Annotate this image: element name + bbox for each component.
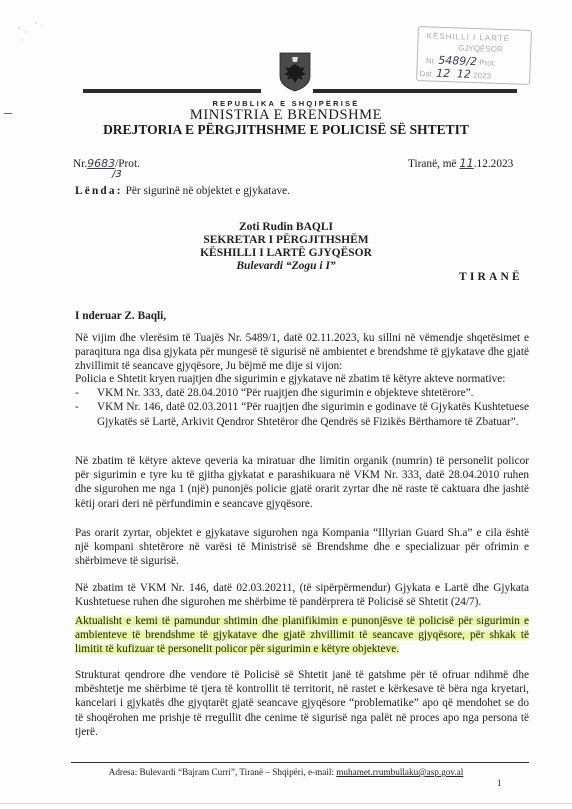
footer-email-link[interactable]: muhamet.rrumbullaku@asp.gov.al — [336, 767, 463, 777]
document-page: REPUBLIKA E SHQIPËRISË MINISTRIA E BREND… — [0, 0, 572, 809]
list-item: VKM Nr. 146, datë 02.03.2011 “Për ruajtj… — [75, 400, 529, 428]
normative-acts-intro: Policia e Shtetit kryen ruajtjen dhe sig… — [75, 372, 529, 386]
stamp-line-1: KËSHILLI I LARTË — [427, 31, 511, 43]
paragraph-3: Në zbatim të këtyre akteve qeveria ka mi… — [75, 454, 529, 511]
protocol-sub-number: /3 — [112, 168, 122, 182]
recipient-name: Zoti Rudin BAQLI — [0, 221, 572, 234]
header-rule-right — [313, 89, 517, 93]
page-number: 1 — [497, 778, 502, 788]
directorate-name: DREJTORIA E PËRGJITHSHME E POLICISË SË S… — [0, 122, 572, 138]
recipient-title: SEKRETAR I PËRGJITHSHËM — [0, 234, 572, 247]
subject-line: Lënda: Për sigurinë në objektet e gjykat… — [75, 185, 290, 199]
paragraph-7: Strukturat qendrore dhe vendore të Polic… — [75, 668, 529, 739]
paragraph-highlighted: Aktualisht e kemi të pamundur shtimin dh… — [75, 614, 529, 657]
paragraph-4: Pas orarit zyrtar, objektet e gjykatave … — [75, 526, 529, 569]
footer-rule — [71, 762, 529, 763]
paragraph-5: Në zbatim të VKM Nr. 146, datë 02.03.202… — [75, 581, 529, 609]
recipient-block: Zoti Rudin BAQLI SEKRETAR I PËRGJITHSHËM… — [0, 221, 572, 273]
header-rule-left — [83, 89, 261, 93]
greeting: I nderuar Z. Baqli, — [75, 310, 166, 324]
protocol-number: Nr.9683/Prot. — [73, 157, 140, 172]
recipient-city: TIRANË — [459, 271, 523, 283]
reception-stamp: KËSHILLI I LARTË GJYQËSOR Nr. 5489/2 Pro… — [416, 26, 532, 85]
paragraph-normative-acts: Policia e Shtetit kryen ruajtjen dhe sig… — [75, 372, 529, 429]
stamp-line-2: GJYQËSOR — [458, 43, 503, 54]
list-item: VKM Nr. 333, datë 28.04.2010 “Për ruajtj… — [75, 386, 529, 400]
scan-specks — [14, 18, 54, 48]
recipient-institution: KËSHILLI I LARTË GJYQËSOR — [0, 247, 572, 260]
document-date: Tiranë, më 11.12.2023 — [408, 157, 513, 172]
paragraph-1: Në vijim dhe vlerësim të Tuajës Nr. 5489… — [75, 331, 529, 374]
scan-edge — [0, 803, 572, 804]
coat-of-arms-icon — [279, 52, 311, 92]
stamp-date: Dat. 12 . 12 2023 — [419, 66, 491, 81]
footer-address: Adresa: Bulevardi “Bajram Curri”, Tiranë… — [0, 767, 572, 777]
highlighted-text: Aktualisht e kemi të pamundur shtimin dh… — [75, 615, 529, 655]
